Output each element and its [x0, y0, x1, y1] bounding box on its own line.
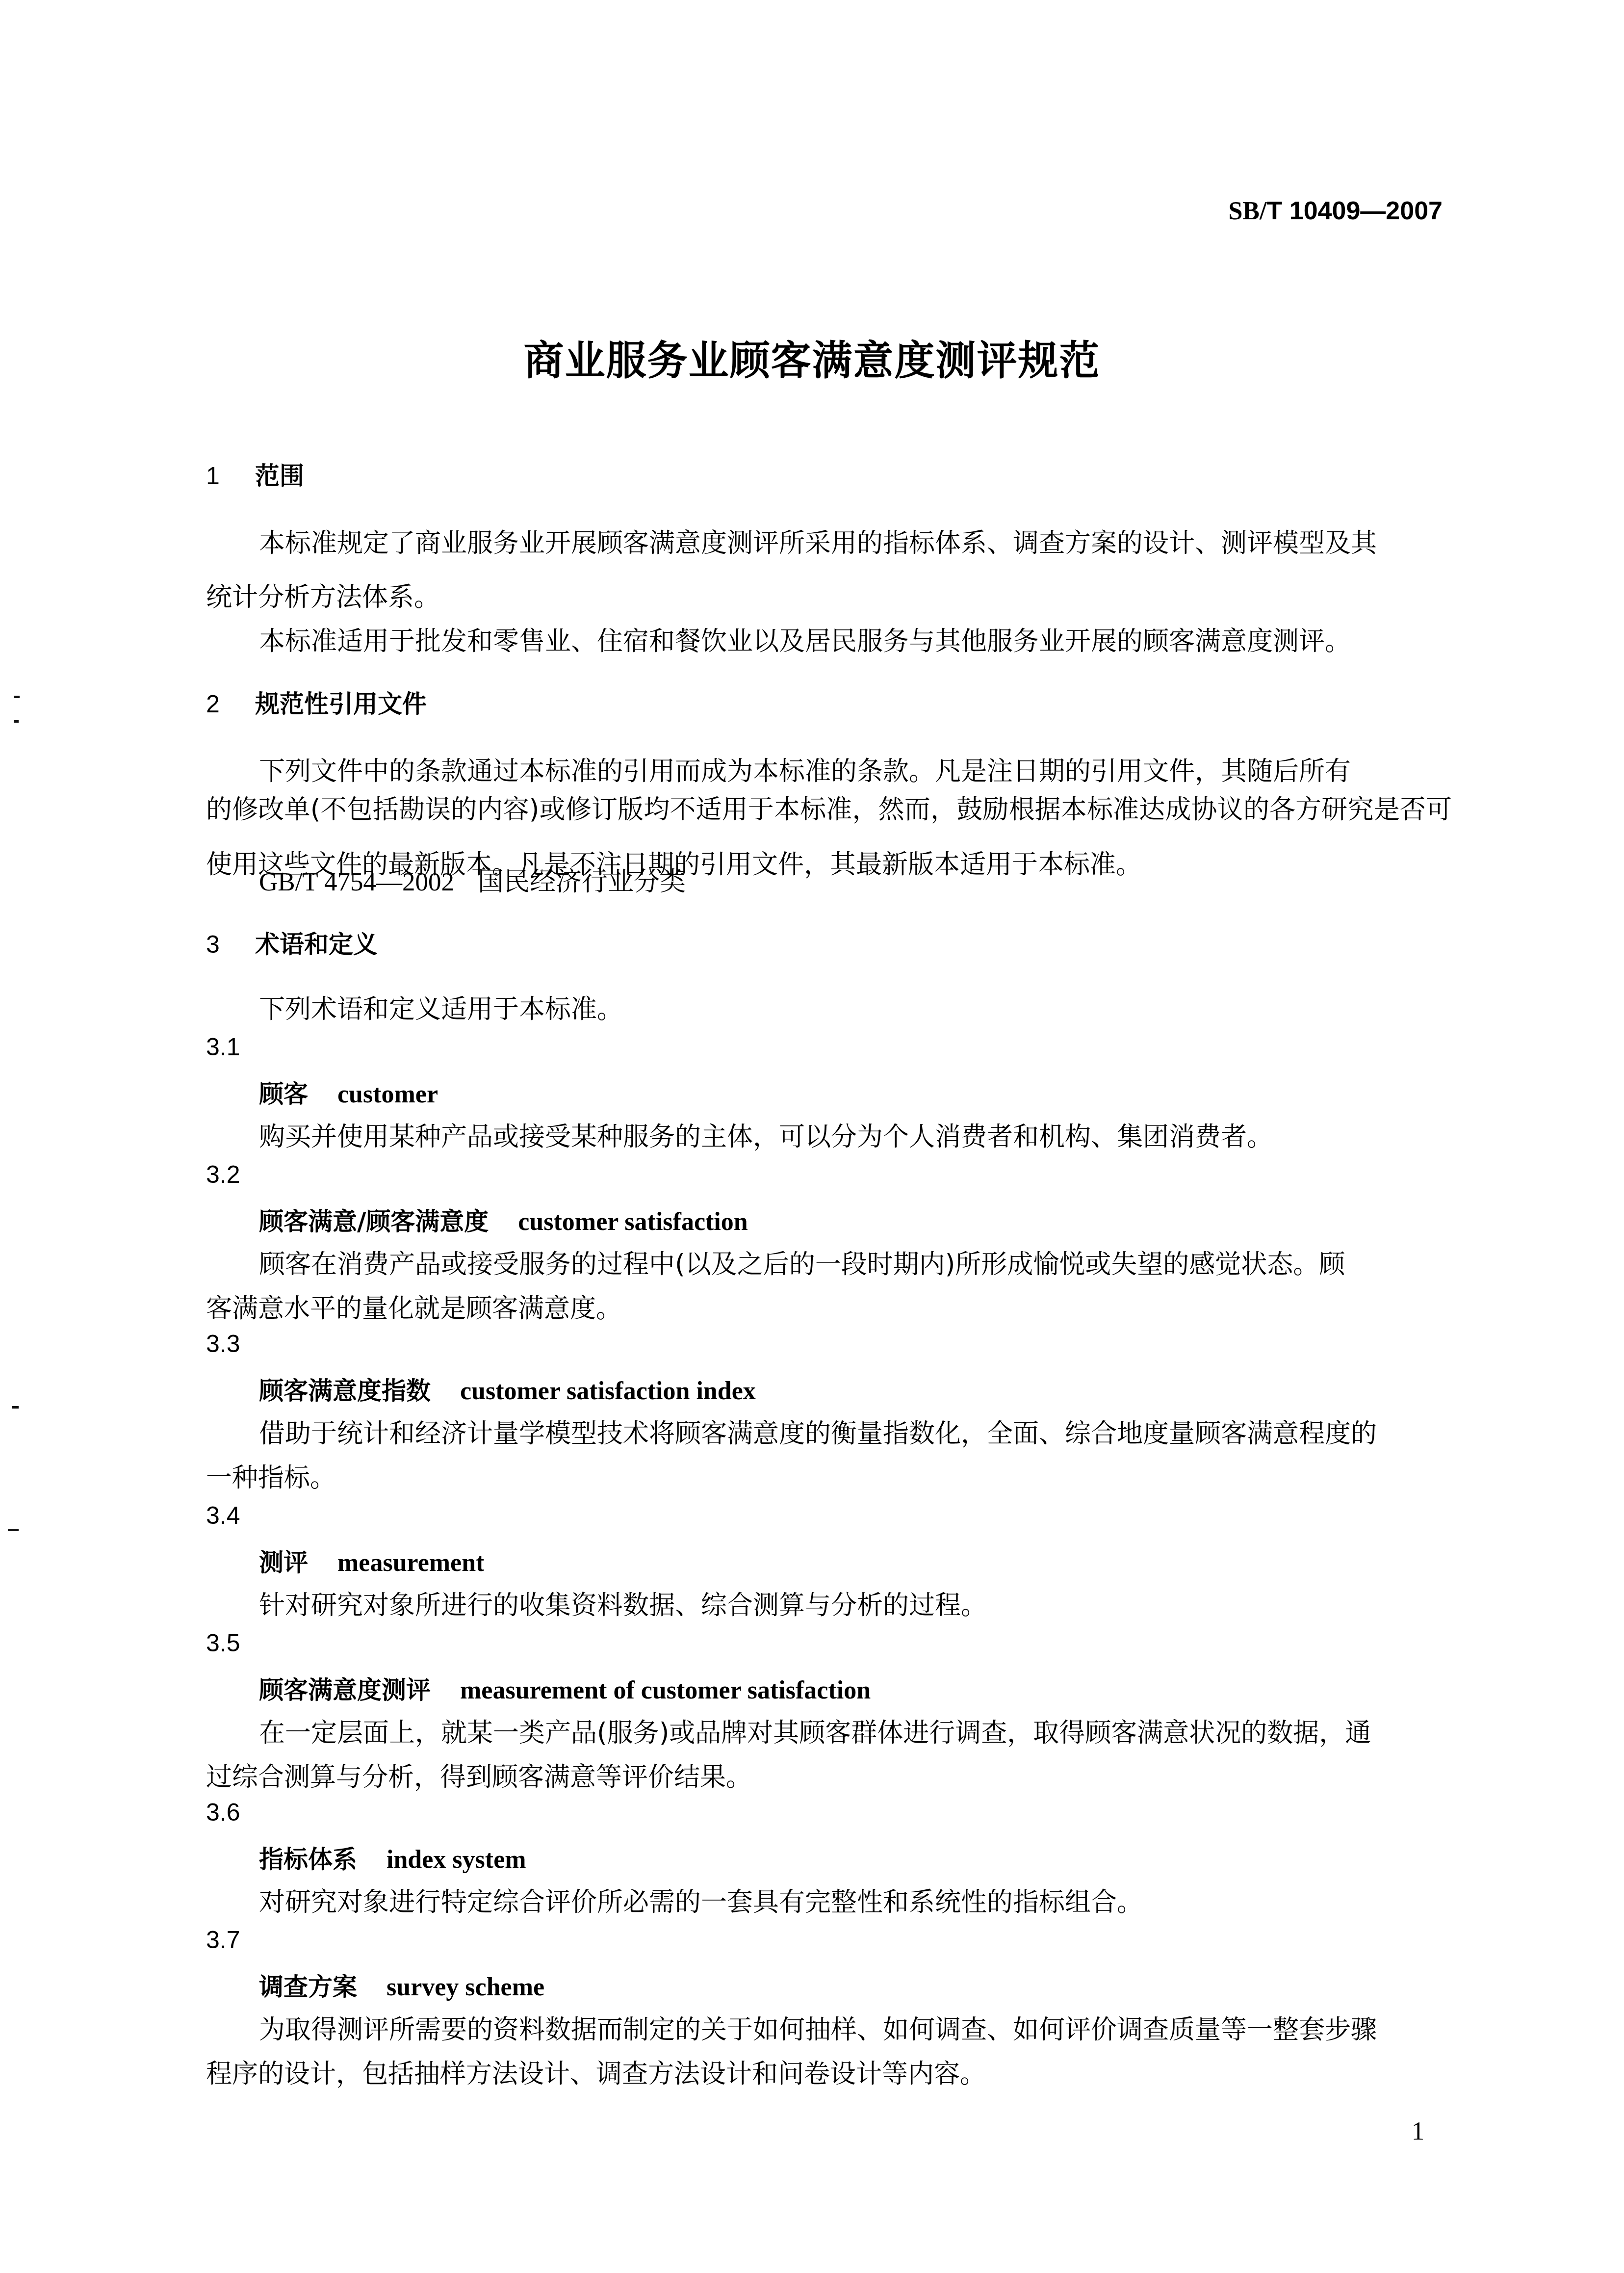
- term-entry: 顾客满意/顾客满意度customer satisfaction: [259, 1202, 748, 1237]
- term-entry: 顾客满意度测评measurement of customer satisfact…: [259, 1671, 871, 1706]
- term-zh: 顾客满意度指数: [259, 1377, 431, 1405]
- section-title: 术语和定义: [255, 930, 378, 959]
- definition-line: 为取得测评所需要的资料数据而制定的关于如何抽样、如何调查、如何评价调查质量等一整…: [259, 2009, 1377, 2046]
- paragraph-line: 统计分析方法体系。: [206, 576, 440, 614]
- term-zh: 测评: [259, 1548, 308, 1577]
- definition-line: 在一定层面上，就某一类产品(服务)或品牌对其顾客群体进行调查，取得顾客满意状况的…: [259, 1712, 1371, 1750]
- definition-line: 一种指标。: [206, 1457, 336, 1494]
- section-number: 1: [206, 462, 255, 490]
- reference-title: 国民经济行业分类: [478, 867, 686, 897]
- paragraph-line: 本标准规定了商业服务业开展顾客满意度测评所采用的指标体系、调查方案的设计、测评模…: [259, 523, 1377, 560]
- standard-code: SB/T 10409—2007: [1228, 196, 1443, 226]
- definition-line: 程序的设计，包括抽样方法设计、调查方法设计和问卷设计等内容。: [206, 2053, 986, 2090]
- definition-line: 借助于统计和经济计量学模型技术将顾客满意度的衡量指数化，全面、综合地度量顾客满意…: [259, 1413, 1377, 1450]
- section-number: 2: [206, 690, 255, 718]
- term-en: customer satisfaction: [518, 1208, 748, 1236]
- term-zh: 指标体系: [259, 1845, 357, 1874]
- term-zh: 调查方案: [259, 1973, 357, 2001]
- clause-number: 3.6: [206, 1798, 240, 1827]
- normative-reference: GB/T 4754—2002国民经济行业分类: [259, 861, 686, 898]
- scan-artifact-mark: [14, 696, 20, 698]
- section-heading-2: 2规范性引用文件: [206, 684, 427, 720]
- clause-number: 3.4: [206, 1501, 240, 1530]
- section-heading-1: 1范围: [206, 456, 304, 492]
- term-en: measurement of customer satisfaction: [460, 1676, 871, 1704]
- standard-code-number: T 10409—2007: [1267, 197, 1443, 225]
- standard-code-prefix: SB/: [1228, 197, 1266, 225]
- section-heading-3: 3术语和定义: [206, 925, 378, 960]
- term-en: survey scheme: [387, 1973, 544, 2001]
- reference-code: GB/T 4754—2002: [259, 868, 454, 896]
- definition-line: 客满意水平的量化就是顾客满意度。: [206, 1288, 622, 1325]
- scan-artifact-mark: [14, 720, 19, 723]
- definition-line: 购买并使用某种产品或接受某种服务的主体，可以分为个人消费者和机构、集团消费者。: [259, 1116, 1273, 1153]
- clause-number: 3.3: [206, 1330, 240, 1358]
- term-entry: 指标体系index system: [259, 1840, 526, 1875]
- term-en: customer: [337, 1080, 438, 1108]
- page-number: 1: [1412, 2117, 1424, 2146]
- term-entry: 测评measurement: [259, 1543, 484, 1578]
- term-entry: 调查方案survey scheme: [259, 1967, 544, 2003]
- scan-artifact-mark: [12, 1406, 19, 1409]
- term-en: index system: [387, 1846, 526, 1874]
- term-entry: 顾客满意度指数customer satisfaction index: [259, 1371, 756, 1407]
- term-en: customer satisfaction index: [460, 1377, 756, 1405]
- section-intro: 下列术语和定义适用于本标准。: [259, 989, 623, 1026]
- term-zh: 顾客满意度测评: [259, 1676, 431, 1704]
- section-number: 3: [206, 930, 255, 959]
- scan-artifact-mark: [8, 1529, 19, 1531]
- section-title: 规范性引用文件: [255, 690, 427, 718]
- term-zh: 顾客: [259, 1080, 308, 1108]
- definition-line: 对研究对象进行特定综合评价所必需的一套具有完整性和系统性的指标组合。: [259, 1881, 1143, 1919]
- definition-line: 过综合测算与分析，得到顾客满意等评价结果。: [206, 1756, 752, 1794]
- term-en: measurement: [337, 1549, 484, 1577]
- clause-number: 3.7: [206, 1926, 240, 1954]
- definition-line: 顾客在消费产品或接受服务的过程中(以及之后的一段时期内)所形成愉悦或失望的感觉状…: [259, 1244, 1345, 1281]
- section-title: 范围: [255, 462, 304, 490]
- term-zh: 顾客满意/顾客满意度: [259, 1207, 489, 1236]
- paragraph-line: 本标准适用于批发和零售业、住宿和餐饮业以及居民服务与其他服务业开展的顾客满意度测…: [259, 621, 1351, 658]
- document-title: 商业服务业顾客满意度测评规范: [0, 329, 1624, 386]
- clause-number: 3.2: [206, 1160, 240, 1189]
- term-entry: 顾客customer: [259, 1074, 438, 1110]
- definition-line: 针对研究对象所进行的收集资料数据、综合测算与分析的过程。: [259, 1585, 987, 1622]
- clause-number: 3.5: [206, 1629, 240, 1657]
- clause-number: 3.1: [206, 1033, 240, 1061]
